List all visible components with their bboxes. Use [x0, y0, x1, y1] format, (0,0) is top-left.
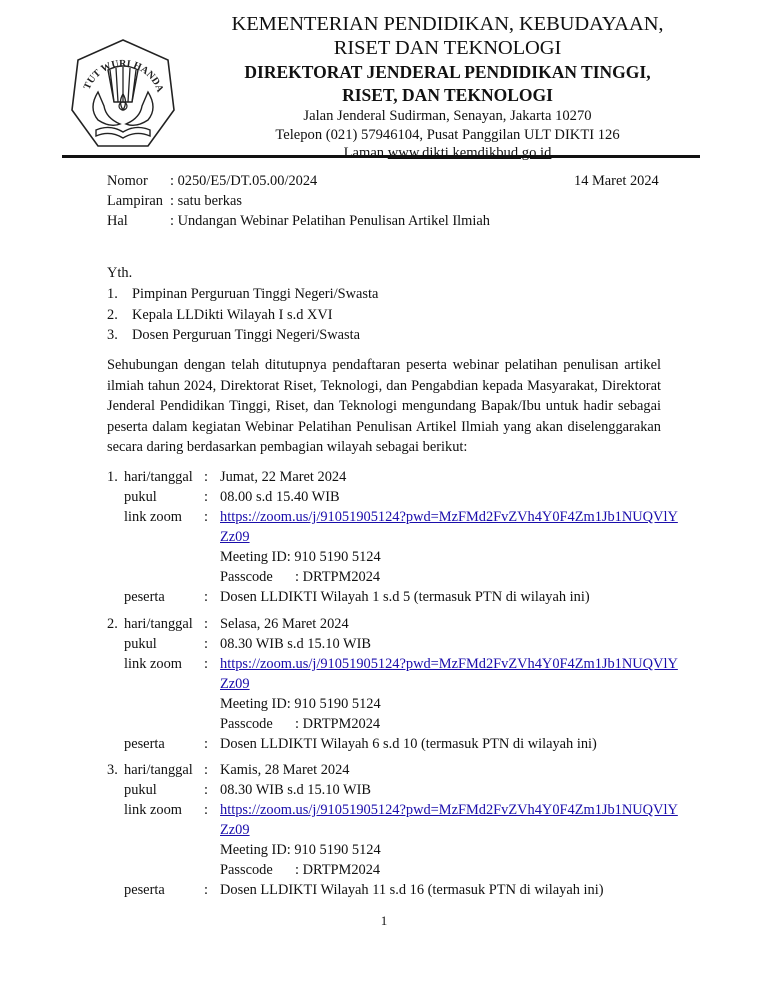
participants-label: peserta [124, 587, 204, 607]
time-value: 08.00 s.d 15.40 WIB [220, 487, 687, 507]
link-label: link zoom [124, 507, 204, 587]
colon: : [204, 800, 220, 880]
colon: : [204, 467, 220, 487]
salutation: Yth. [107, 264, 132, 284]
session-day-date-row: 1. hari/tanggal : Jumat, 22 Maret 2024 [107, 467, 687, 487]
letter-date: 14 Maret 2024 [574, 171, 659, 191]
participants-value: Dosen LLDIKTI Wilayah 1 s.d 5 (termasuk … [220, 587, 687, 607]
day-date-value: Kamis, 28 Maret 2024 [220, 760, 687, 780]
website-link[interactable]: www.dikti.kemdikbud.go.id [388, 145, 552, 161]
day-date-label: hari/tanggal [124, 760, 204, 780]
colon: : [204, 880, 220, 900]
participants-label: peserta [124, 880, 204, 900]
session-participants-row: peserta : Dosen LLDIKTI Wilayah 11 s.d 1… [107, 880, 687, 900]
meeting-id: Meeting ID: 910 5190 5124 [220, 547, 687, 567]
office-phone: Telepon (021) 57946104, Pusat Panggilan … [190, 126, 705, 145]
nomor-label: Nomor [107, 171, 170, 191]
hal-value: : Undangan Webinar Pelatihan Penulisan A… [170, 211, 490, 231]
directorate-name-line2: RISET, DAN TEKNOLOGI [190, 84, 705, 106]
colon: : [204, 734, 220, 754]
session-participants-row: peserta : Dosen LLDIKTI Wilayah 1 s.d 5 … [107, 587, 687, 607]
addressee-item: 3. Dosen Perguruan Tinggi Negeri/Swasta [107, 325, 378, 346]
session-time-row: pukul : 08.00 s.d 15.40 WIB [107, 487, 687, 507]
participants-label: peserta [124, 734, 204, 754]
directorate-name-line1: DIREKTORAT JENDERAL PENDIDIKAN TINGGI, [190, 61, 705, 83]
meeting-id: Meeting ID: 910 5190 5124 [220, 694, 687, 714]
session-time-row: pukul : 08.30 WIB s.d 15.10 WIB [107, 634, 687, 654]
letter-meta: Nomor : 0250/E5/DT.05.00/2024 Lampiran :… [107, 171, 490, 231]
participants-value: Dosen LLDIKTI Wilayah 6 s.d 10 (termasuk… [220, 734, 687, 754]
colon: : [204, 507, 220, 587]
passcode: Passcode: DRTPM2024 [220, 860, 687, 880]
session-number: 2. [107, 614, 124, 634]
zoom-link[interactable]: https://zoom.us/j/91051905124?pwd=MzFMd2… [220, 800, 682, 840]
addressee-list: 1. Pimpinan Perguruan Tinggi Negeri/Swas… [107, 284, 378, 346]
day-date-label: hari/tanggal [124, 614, 204, 634]
session-block: 1. hari/tanggal : Jumat, 22 Maret 2024 p… [107, 467, 687, 607]
link-label: link zoom [124, 800, 204, 880]
session-link-row: link zoom : https://zoom.us/j/9105190512… [107, 507, 687, 587]
session-link-row: link zoom : https://zoom.us/j/9105190512… [107, 654, 687, 734]
session-participants-row: peserta : Dosen LLDIKTI Wilayah 6 s.d 10… [107, 734, 687, 754]
ministry-name-line2: RISET DAN TEKNOLOGI [190, 36, 705, 60]
session-block: 2. hari/tanggal : Selasa, 26 Maret 2024 … [107, 614, 687, 754]
colon: : [204, 634, 220, 654]
passcode: Passcode: DRTPM2024 [220, 567, 687, 587]
colon: : [204, 614, 220, 634]
day-date-value: Selasa, 26 Maret 2024 [220, 614, 687, 634]
addressee-text: Dosen Perguruan Tinggi Negeri/Swasta [132, 325, 360, 346]
participants-value: Dosen LLDIKTI Wilayah 11 s.d 16 (termasu… [220, 880, 687, 900]
addressee-number: 1. [107, 284, 132, 305]
office-address: Jalan Jenderal Sudirman, Senayan, Jakart… [190, 107, 705, 126]
tut-wuri-handayani-emblem-icon: TUT WURI HANDAYANI [68, 36, 178, 152]
website-label: Laman [344, 145, 385, 161]
nomor-value: : 0250/E5/DT.05.00/2024 [170, 171, 317, 191]
zoom-link[interactable]: https://zoom.us/j/91051905124?pwd=MzFMd2… [220, 654, 682, 694]
time-label: pukul [124, 634, 204, 654]
day-date-value: Jumat, 22 Maret 2024 [220, 467, 687, 487]
letterhead-divider [62, 155, 700, 158]
addressee-text: Pimpinan Perguruan Tinggi Negeri/Swasta [132, 284, 378, 305]
addressee-item: 1. Pimpinan Perguruan Tinggi Negeri/Swas… [107, 284, 378, 305]
session-number: 1. [107, 467, 124, 487]
addressee-item: 2. Kepala LLDikti Wilayah I s.d XVI [107, 305, 378, 326]
day-date-label: hari/tanggal [124, 467, 204, 487]
time-value: 08.30 WIB s.d 15.10 WIB [220, 634, 687, 654]
letter-page: TUT WURI HANDAYANI KEMENTERIAN PENDIDIKA… [0, 0, 768, 994]
link-label: link zoom [124, 654, 204, 734]
lampiran-value: : satu berkas [170, 191, 242, 211]
letterhead: KEMENTERIAN PENDIDIKAN, KEBUDAYAAN, RISE… [190, 12, 705, 163]
hal-label: Hal [107, 211, 170, 231]
session-number: 3. [107, 760, 124, 780]
session-link-row: link zoom : https://zoom.us/j/9105190512… [107, 800, 687, 880]
lampiran-label: Lampiran [107, 191, 170, 211]
colon: : [204, 780, 220, 800]
page-number: 1 [0, 913, 768, 929]
addressee-number: 3. [107, 325, 132, 346]
office-website-line: Laman www.dikti.kemdikbud.go.id [190, 144, 705, 163]
zoom-link[interactable]: https://zoom.us/j/91051905124?pwd=MzFMd2… [220, 507, 682, 547]
time-label: pukul [124, 780, 204, 800]
colon: : [204, 760, 220, 780]
passcode: Passcode: DRTPM2024 [220, 714, 687, 734]
session-day-date-row: 3. hari/tanggal : Kamis, 28 Maret 2024 [107, 760, 687, 780]
colon: : [204, 654, 220, 734]
time-label: pukul [124, 487, 204, 507]
session-block: 3. hari/tanggal : Kamis, 28 Maret 2024 p… [107, 760, 687, 900]
addressee-text: Kepala LLDikti Wilayah I s.d XVI [132, 305, 333, 326]
session-day-date-row: 2. hari/tanggal : Selasa, 26 Maret 2024 [107, 614, 687, 634]
meta-nomor: Nomor : 0250/E5/DT.05.00/2024 [107, 171, 490, 191]
body-paragraph: Sehubungan dengan telah ditutupnya penda… [107, 355, 661, 458]
addressee-number: 2. [107, 305, 132, 326]
colon: : [204, 487, 220, 507]
meta-hal: Hal : Undangan Webinar Pelatihan Penulis… [107, 211, 490, 231]
colon: : [204, 587, 220, 607]
session-time-row: pukul : 08.30 WIB s.d 15.10 WIB [107, 780, 687, 800]
meta-lampiran: Lampiran : satu berkas [107, 191, 490, 211]
time-value: 08.30 WIB s.d 15.10 WIB [220, 780, 687, 800]
meeting-id: Meeting ID: 910 5190 5124 [220, 840, 687, 860]
ministry-name-line1: KEMENTERIAN PENDIDIKAN, KEBUDAYAAN, [190, 12, 705, 36]
